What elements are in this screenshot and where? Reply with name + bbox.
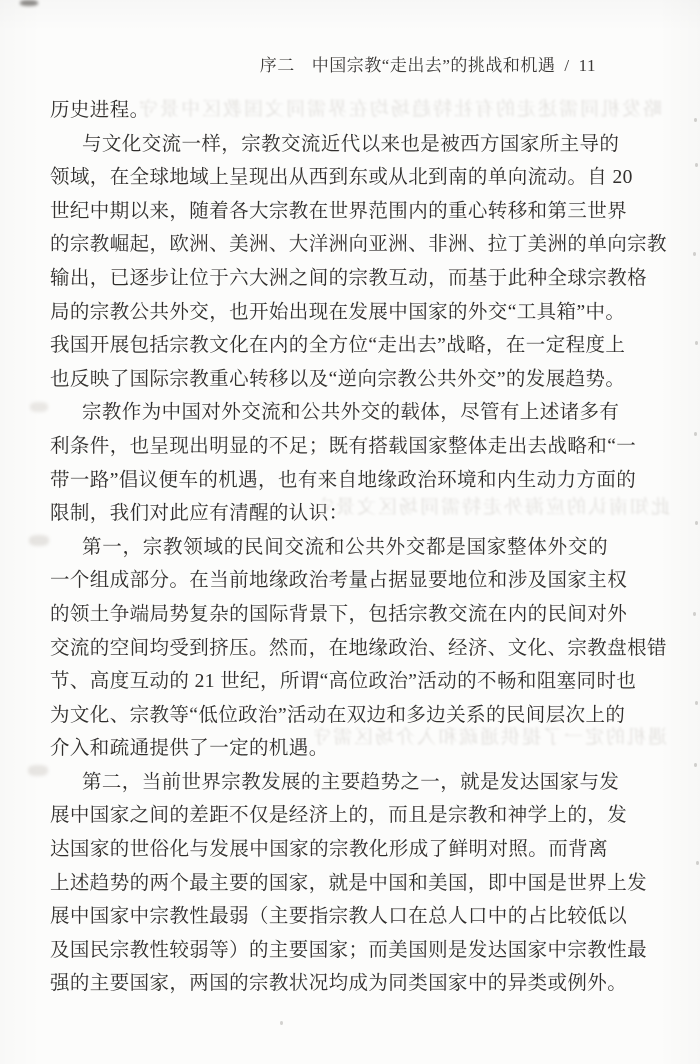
scan-smudge	[30, 402, 48, 412]
text-line: 带一路”倡议便车的机遇，也有来自地缘政治环境和内生动力方面的	[50, 464, 608, 498]
text-line: 展中国家中宗教性最弱（主要指宗教人口在总人口中的占比较低以	[50, 900, 608, 934]
text-line: 展中国家之间的差距不仅是经济上的，而且是宗教和神学上的，发	[50, 799, 608, 833]
scan-speck	[694, 432, 697, 436]
scan-smudge	[29, 535, 49, 546]
scan-speck	[693, 612, 696, 616]
text-line: 与文化交流一样，宗教交流近代以来也是被西方国家所主导的	[50, 128, 608, 162]
text-line: 及国民宗教性较弱等）的主要国家；而美国则是发达国家中宗教性最	[50, 934, 608, 968]
text-line: 我国开展包括宗教文化在内的全方位“走出去”战略，在一定程度上	[50, 329, 608, 363]
running-header: 序二中国宗教“走出去”的挑战和机遇/11	[260, 55, 596, 76]
text-line: 一个组成部分。在当前地缘政治考量占据显要地位和涉及国家主权	[50, 564, 608, 598]
scan-speck	[694, 763, 697, 767]
text-line: 为文化、宗教等“低位政治”活动在双边和多边关系的民间层次上的	[50, 699, 608, 733]
scan-speck	[695, 521, 698, 525]
text-line: 输出，已逐步让位于六大洲之间的宗教互动，而基于此种全球宗教格	[50, 262, 608, 296]
text-line: 上述趋势的两个最主要的国家，就是中国和美国，即中国是世界上发	[50, 867, 608, 901]
scan-speck	[694, 118, 697, 122]
text-line: 领域，在全球地域上呈现出从西到东或从北到南的单向流动。自 20	[50, 161, 608, 195]
text-line: 世纪中期以来，随着各大宗教在世界范围内的重心转移和第三世界	[50, 195, 608, 229]
scanned-book-page: 序二中国宗教“走出去”的挑战和机遇/11 历史进程。与文化交流一样，宗教交流近代…	[0, 0, 700, 1064]
text-line: 介入和疏通提供了一定的机遇。	[50, 732, 608, 766]
header-chapter-title: 中国宗教“走出去”的挑战和机遇	[312, 56, 556, 75]
header-section-label: 序二	[260, 56, 295, 75]
scan-speck	[695, 341, 698, 345]
text-line: 局的宗教公共外交，也开始出现在发展中国家的外交“工具箱”中。	[50, 296, 608, 330]
scan-speck	[695, 163, 698, 167]
scan-smudge	[20, 0, 38, 6]
text-line: 第二，当前世界宗教发展的主要趋势之一，就是发达国家与发	[50, 766, 608, 800]
text-line: 限制，我们对此应有清醒的认识：	[50, 497, 608, 531]
page-number: 11	[579, 56, 596, 75]
text-line: 第一，宗教领域的民间交流和公共外交都是国家整体外交的	[50, 531, 608, 565]
text-line: 交流的空间均受到挤压。然而，在地缘政治、经济、文化、宗教盘根错	[50, 632, 608, 666]
scan-speck	[696, 861, 699, 865]
scan-speck	[693, 252, 696, 256]
scan-speck	[695, 701, 698, 705]
text-line: 的宗教崛起，欧洲、美洲、大洋洲向亚洲、非洲、拉丁美洲的单向宗教	[50, 228, 608, 262]
header-separator: /	[564, 56, 569, 75]
scan-smudge	[28, 765, 48, 776]
text-line: 也反映了国际宗教重心转移以及“逆向宗教公共外交”的发展趋势。	[50, 363, 608, 397]
text-line: 强的主要国家，两国的宗教状况均成为同类国家中的异类或例外。	[50, 967, 608, 1001]
text-line: 的领土争端局势复杂的国际背景下，包括宗教交流在内的民间对外	[50, 598, 608, 632]
body-text-block: 历史进程。与文化交流一样，宗教交流近代以来也是被西方国家所主导的领域，在全球地域…	[50, 94, 608, 1001]
text-line: 利条件，也呈现出明显的不足；既有搭载国家整体走出去战略和“一	[50, 430, 608, 464]
text-line: 历史进程。	[50, 94, 608, 128]
text-line: 节、高度互动的 21 世纪，所谓“高位政治”活动的不畅和阻塞同时也	[50, 665, 608, 699]
scan-speck	[280, 1021, 283, 1025]
text-line: 达国家的世俗化与发展中国家的宗教化形成了鲜明对照。而背离	[50, 833, 608, 867]
text-line: 宗教作为中国对外交流和公共外交的载体，尽管有上述诸多有	[50, 396, 608, 430]
